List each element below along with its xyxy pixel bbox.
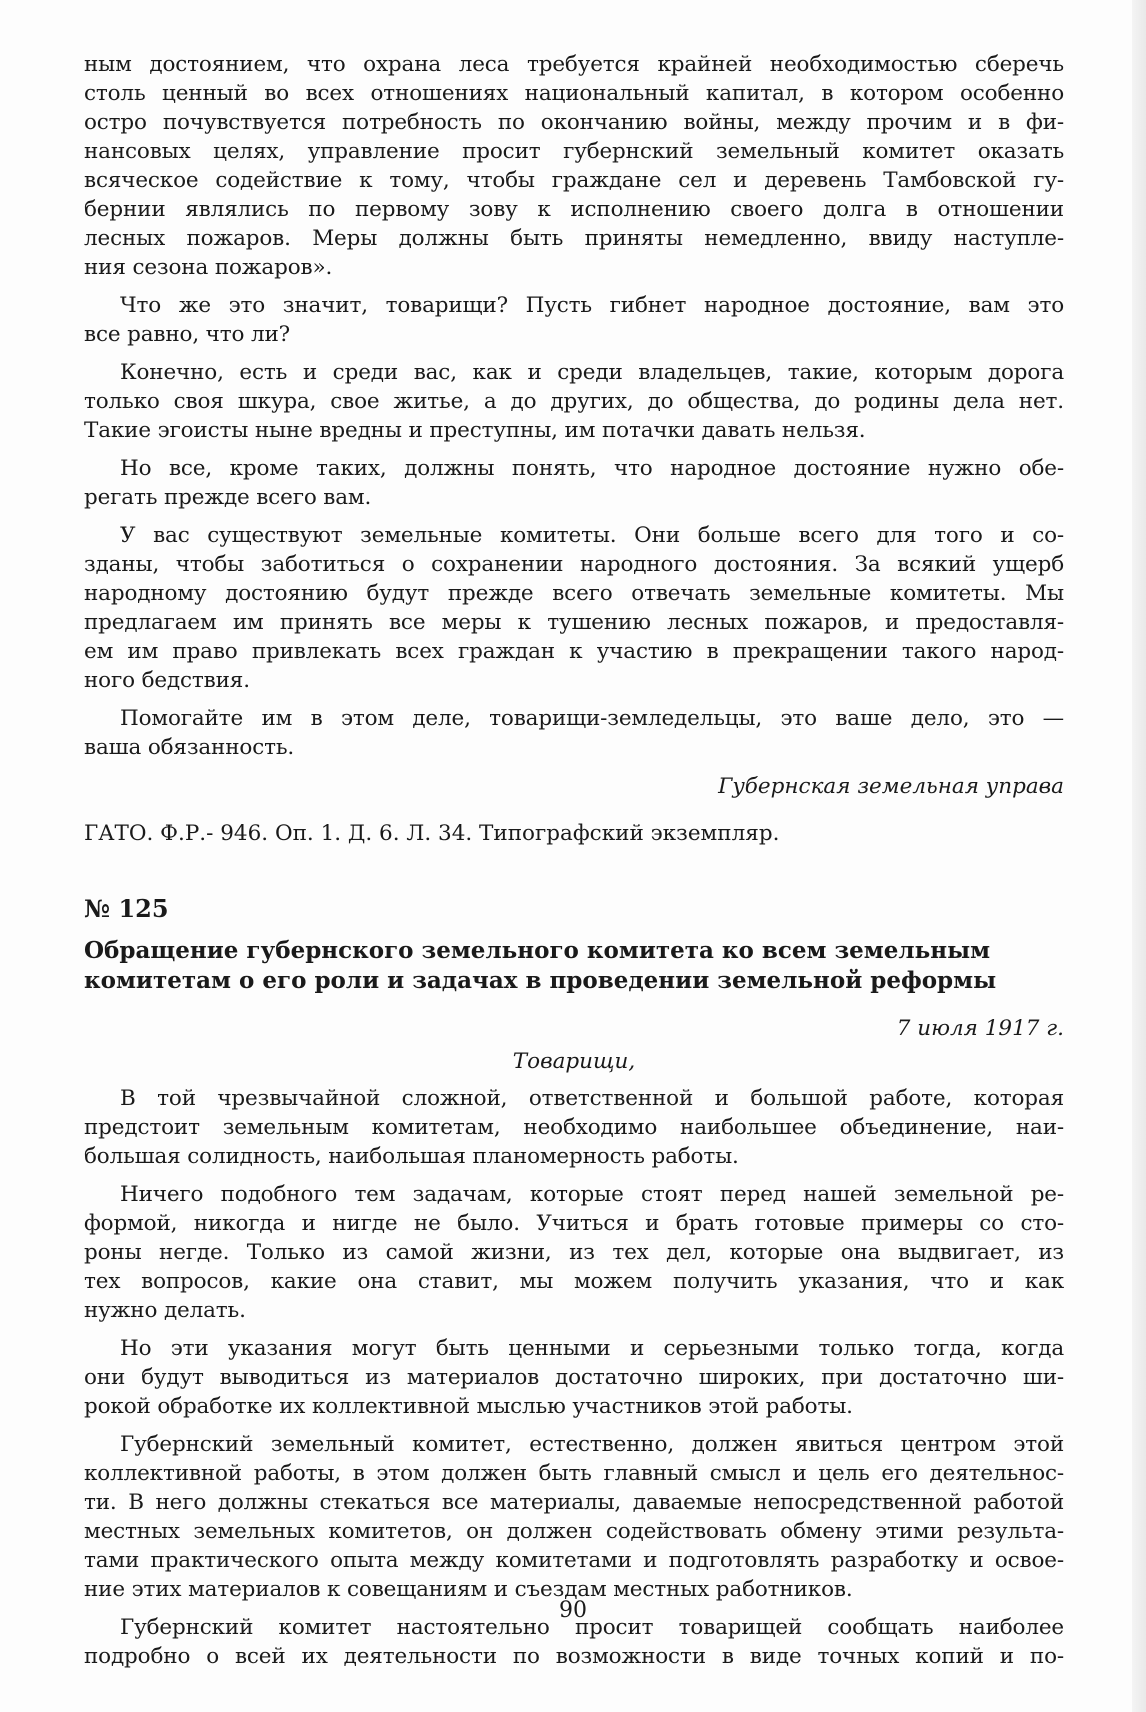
document-date: 7 июля 1917 г. bbox=[84, 1014, 1064, 1043]
title-line: комитетам о его роли и задачах в проведе… bbox=[84, 966, 1064, 996]
text-line: ного бедствия. bbox=[84, 666, 1064, 695]
salutation: Товарищи, bbox=[84, 1047, 1064, 1076]
text-line: Такие эгоисты ныне вредны и преступны, и… bbox=[84, 416, 1064, 445]
paragraph: Помогайте им в этом деле, товарищи-земле… bbox=[84, 704, 1064, 762]
archive-reference: ГАТО. Ф.Р.- 946. Оп. 1. Д. 6. Л. 34. Тип… bbox=[84, 819, 1064, 848]
text-line: местных земельных комитетов, он должен с… bbox=[84, 1517, 1064, 1546]
text-line: бернии являлись по первому зову к исполн… bbox=[84, 195, 1064, 224]
page-edge-shadow bbox=[1132, 0, 1146, 1712]
text-line: ваша обязанность. bbox=[84, 733, 1064, 762]
text-line: Но эти указания могут быть ценными и сер… bbox=[84, 1334, 1064, 1363]
text-line: Губернский земельный комитет, естественн… bbox=[84, 1430, 1064, 1459]
text-line: коллективной работы, в этом должен быть … bbox=[84, 1459, 1064, 1488]
paragraph: Что же это значит, товарищи? Пусть гибне… bbox=[84, 291, 1064, 349]
document-number: № 125 bbox=[84, 894, 1064, 924]
paragraph: Губернский земельный комитет, естественн… bbox=[84, 1430, 1064, 1604]
text-line: столь ценный во всех отношениях национал… bbox=[84, 79, 1064, 108]
paragraph: Но все, кроме таких, должны понять, что … bbox=[84, 454, 1064, 512]
text-line: нужно делать. bbox=[84, 1296, 1064, 1325]
text-line: В той чрезвычайной сложной, ответственно… bbox=[84, 1084, 1064, 1113]
text-line: лесных пожаров. Меры должны быть приняты… bbox=[84, 224, 1064, 253]
text-line: роны негде. Только из самой жизни, из те… bbox=[84, 1238, 1064, 1267]
document-title: Обращение губернского земельного комитет… bbox=[84, 936, 1064, 996]
text-line: только своя шкура, свое житье, а до друг… bbox=[84, 387, 1064, 416]
text-line: они будут выводиться из материалов доста… bbox=[84, 1363, 1064, 1392]
text-line: ным достоянием, что охрана леса требуетс… bbox=[84, 50, 1064, 79]
paragraph: В той чрезвычайной сложной, ответственно… bbox=[84, 1084, 1064, 1171]
text-line: остро почувствуется потребность по оконч… bbox=[84, 108, 1064, 137]
text-line: формой, никогда и нигде не было. Учиться… bbox=[84, 1209, 1064, 1238]
text-line: регать прежде всего вам. bbox=[84, 483, 1064, 512]
page-number: 90 bbox=[0, 1597, 1146, 1625]
text-line: У вас существуют земельные комитеты. Они… bbox=[84, 521, 1064, 550]
text-column: ным достоянием, что охрана леса требуетс… bbox=[84, 50, 1064, 1680]
text-line: Конечно, есть и среди вас, как и среди в… bbox=[84, 358, 1064, 387]
title-line: Обращение губернского земельного комитет… bbox=[84, 936, 1064, 966]
signature: Губернская земельная управа bbox=[84, 772, 1064, 801]
text-line: ния сезона пожаров». bbox=[84, 253, 1064, 282]
text-line: ем им право привлекать всех граждан к уч… bbox=[84, 637, 1064, 666]
document-page: ным достоянием, что охрана леса требуетс… bbox=[0, 0, 1146, 1712]
text-line: Но все, кроме таких, должны понять, что … bbox=[84, 454, 1064, 483]
text-line: предлагаем им принять все меры к тушению… bbox=[84, 608, 1064, 637]
text-line: тами практического опыта между комитетам… bbox=[84, 1546, 1064, 1575]
text-line: тех вопросов, какие она ставит, мы можем… bbox=[84, 1267, 1064, 1296]
text-line: Ничего подобного тем задачам, которые ст… bbox=[84, 1180, 1064, 1209]
text-line: рокой обработке их коллективной мыслью у… bbox=[84, 1392, 1064, 1421]
text-line: Что же это значит, товарищи? Пусть гибне… bbox=[84, 291, 1064, 320]
text-line: всяческое содействие к тому, чтобы гражд… bbox=[84, 166, 1064, 195]
continuation-paragraph: ным достоянием, что охрана леса требуетс… bbox=[84, 50, 1064, 282]
text-line: подробно о всей их деятельности по возмо… bbox=[84, 1642, 1064, 1671]
text-line: ти. В него должны стекаться все материал… bbox=[84, 1488, 1064, 1517]
text-line: предстоит земельным комитетам, необходим… bbox=[84, 1113, 1064, 1142]
text-line: большая солидность, наибольшая планомерн… bbox=[84, 1142, 1064, 1171]
text-line: все равно, что ли? bbox=[84, 320, 1064, 349]
text-line: зданы, чтобы заботиться о сохранении нар… bbox=[84, 550, 1064, 579]
paragraph: Конечно, есть и среди вас, как и среди в… bbox=[84, 358, 1064, 445]
paragraph: Но эти указания могут быть ценными и сер… bbox=[84, 1334, 1064, 1421]
text-line: нансовых целях, управление просит губерн… bbox=[84, 137, 1064, 166]
text-line: народному достоянию будут прежде всего о… bbox=[84, 579, 1064, 608]
paragraph: Ничего подобного тем задачам, которые ст… bbox=[84, 1180, 1064, 1325]
text-line: Помогайте им в этом деле, товарищи-земле… bbox=[84, 704, 1064, 733]
paragraph: У вас существуют земельные комитеты. Они… bbox=[84, 521, 1064, 695]
